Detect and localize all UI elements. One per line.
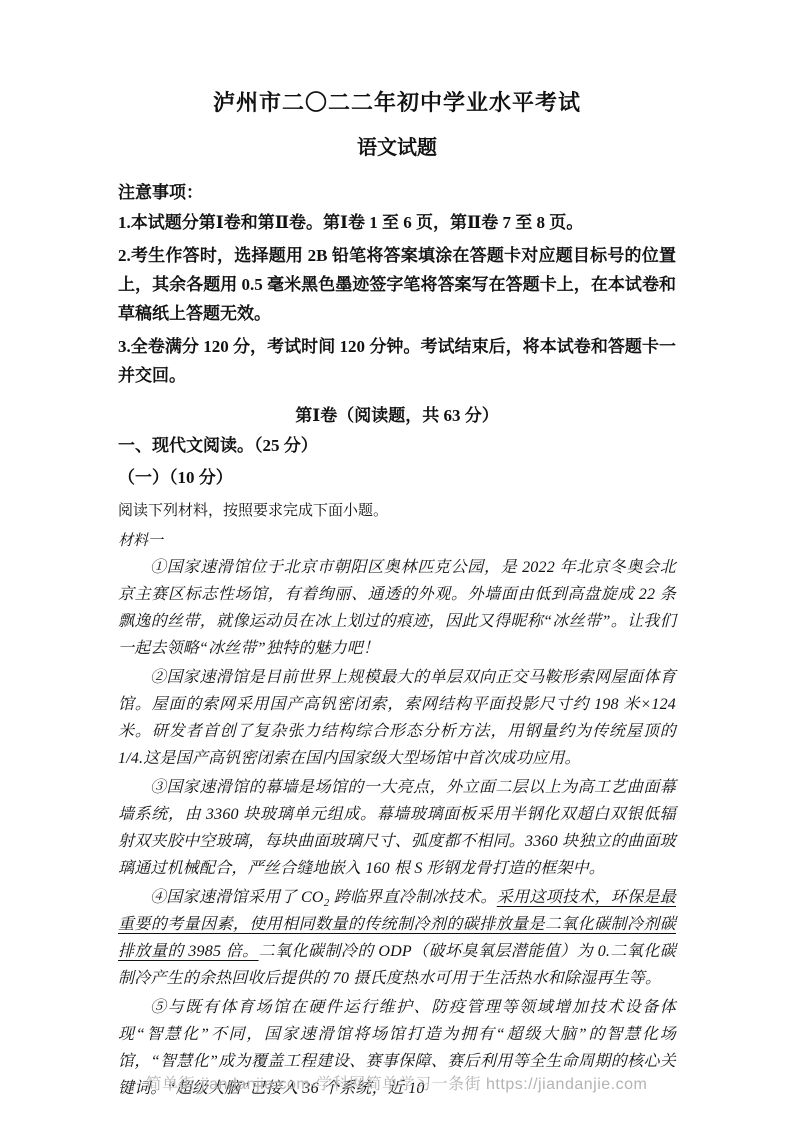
part-heading: 一、现代文阅读。（25 分） [118, 434, 676, 458]
volume-heading: 第Ⅰ卷（阅读题，共 63 分） [118, 404, 676, 428]
reading-instruction: 阅读下列材料，按照要求完成下面小题。 [118, 500, 676, 522]
notice-heading: 注意事项： [118, 182, 676, 204]
material-paragraph-2: ②国家速滑馆是目前世界上规模最大的单层双向正交马鞍形索网屋面体育馆。屋面的索网采… [118, 664, 676, 772]
notice-item-3: 3.全卷满分 120 分，考试时间 120 分钟。考试结束后，将本试卷和答题卡一… [118, 332, 676, 390]
material-paragraph-4: ④国家速滑馆采用了 CO2 跨临界直冷制冰技术。采用这项技术，环保是最重要的考量… [118, 884, 676, 992]
material-paragraph-1: ①国家速滑馆位于北京市朝阳区奥林匹克公园，是 2022 年北京冬奥会北京主赛区标… [118, 554, 676, 662]
paragraph-4-text-start: ④国家速滑馆采用了 CO [150, 889, 324, 906]
page-title: 泸州市二〇二二年初中学业水平考试 [118, 90, 676, 116]
notice-item-1: 1.本试题分第Ⅰ卷和第Ⅱ卷。第Ⅰ卷 1 至 6 页，第Ⅱ卷 7 至 8 页。 [118, 208, 676, 237]
notice-item-2: 2.考生作答时，选择题用 2B 铅笔将答案填涂在答题卡对应题目标号的位置上，其余… [118, 241, 676, 328]
paragraph-4-text-mid: 跨临界直冷制冰技术。 [329, 889, 496, 906]
page-subtitle: 语文试题 [118, 136, 676, 160]
subsection-heading: （一）（10 分） [118, 466, 676, 490]
footer-watermark: 简单街-jiandanjie.com-学科网简单学习一条街 https://ji… [0, 1071, 793, 1094]
exam-paper-page: 泸州市二〇二二年初中学业水平考试 语文试题 注意事项： 1.本试题分第Ⅰ卷和第Ⅱ… [0, 0, 793, 1122]
material-paragraph-3: ③国家速滑馆的幕墙是场馆的一大亮点，外立面二层以上为高工艺曲面幕墙系统，由 33… [118, 774, 676, 882]
material-label: 材料一 [118, 530, 676, 552]
